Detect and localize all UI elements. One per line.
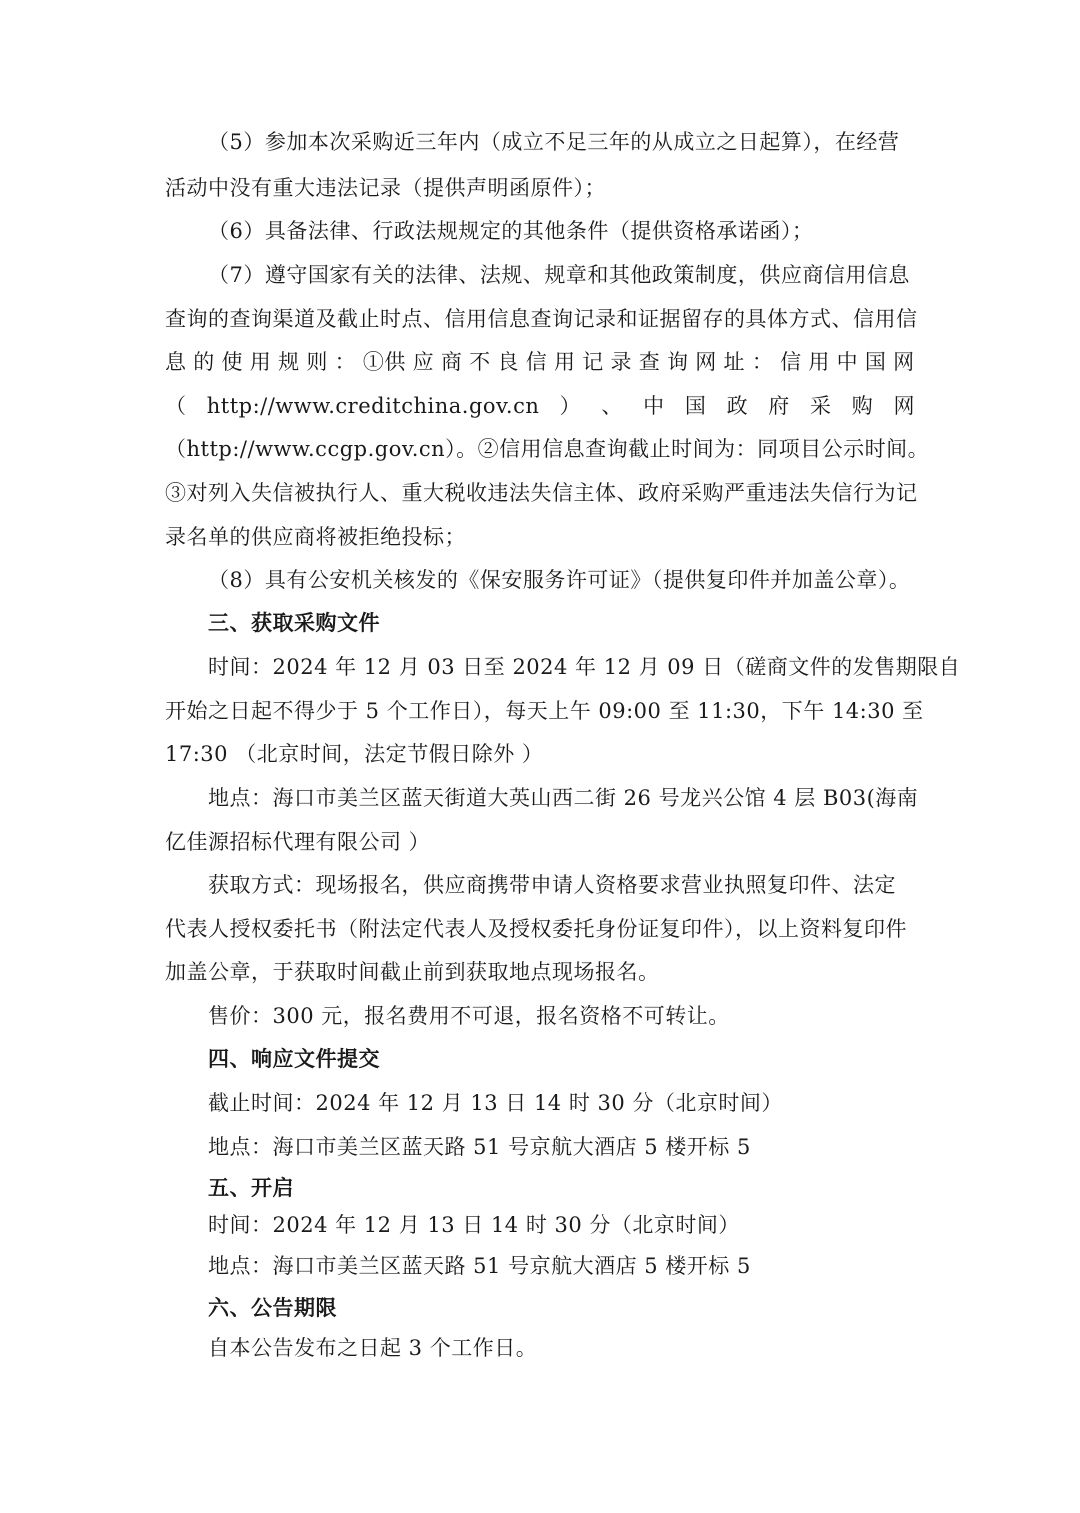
text-fragment: 国 [685,392,707,420]
section3-time-line1: 时间：2024 年 12 月 03 日至 2024 年 12 月 09 日（磋商… [208,653,915,681]
text-fragment: 不 [469,348,491,376]
text-fragment: 询 [667,348,689,376]
text-fragment: 府 [768,392,790,420]
text-fragment: ： [335,348,357,376]
item7-line3: 息 的 使 用 规 则 ： ①供 应 商 不 良 信 用 记 录 查 询 网 址… [165,348,915,376]
section3-method-line2: 代表人授权委托书（附法定代表人及授权委托身份证复印件），以上资料复印件 [165,915,915,943]
section3-time-line3: 17:30 （北京时间，法定节假日除外 ） [165,740,915,768]
item7-line6: ③对列入失信被执行人、重大税收违法失信主体、政府采购严重违法失信行为记 [165,479,915,507]
section3-method-line1: 获取方式：现场报名，供应商携带申请人资格要求营业执照复印件、法定 [208,871,915,899]
text-fragment: 信 [526,348,548,376]
text-fragment: 录 [610,348,632,376]
text-fragment: 良 [497,348,519,376]
item5-line2: 活动中没有重大违法记录（提供声明函原件）； [165,174,915,202]
text-fragment: 信 [780,348,802,376]
text-fragment: 中 [837,348,859,376]
section4-deadline: 截止时间：2024 年 12 月 13 日 14 时 30 分（北京时间） [208,1089,915,1117]
section5-location: 地点：海口市美兰区蓝天路 51 号京航大酒店 5 楼开标 5 [208,1252,915,1280]
section3-method-line3: 加盖公章，于获取时间截止前到获取地点现场报名。 [165,958,915,986]
section3-heading: 三、获取采购文件 [208,609,958,637]
text-fragment: 采 [810,392,832,420]
text-fragment: 购 [852,392,874,420]
text-fragment: 网 [695,348,717,376]
text-fragment: 、 [601,392,623,420]
text-fragment: 政 [727,392,749,420]
section3-location-line1: 地点：海口市美兰区蓝天街道大英山西二街 26 号龙兴公馆 4 层 B03(海南 [208,784,915,812]
item8-line1: （8）具有公安机关核发的《保安服务许可证》（提供复印件并加盖公章）。 [208,566,915,594]
text-fragment: 国 [865,348,887,376]
text-fragment: ①供 [363,348,406,376]
section4-heading: 四、响应文件提交 [208,1045,958,1073]
item7-line2: 查询的查询渠道及截止时点、信用信息查询记录和证据留存的具体方式、信用信 [165,305,915,333]
item7-line5: （http://www.ccgp.gov.cn）。②信用信息查询截止时间为：同项… [165,435,915,463]
document-page: （5）参加本次采购近三年内（成立不足三年的从成立之日起算），在经营 活动中没有重… [0,0,1080,1513]
section5-time: 时间：2024 年 12 月 13 日 14 时 30 分（北京时间） [208,1211,915,1239]
text-fragment: 用 [554,348,576,376]
text-fragment: ） [560,392,582,420]
text-fragment: 查 [639,348,661,376]
text-fragment: 应 [413,348,435,376]
section3-price: 售价：300 元，报名费用不可退，报名资格不可转让。 [208,1002,915,1030]
text-fragment: 网 [893,348,915,376]
text-fragment: 使 [222,348,244,376]
text-fragment: （ [165,392,187,420]
text-fragment: 规 [278,348,300,376]
item5-line1: （5）参加本次采购近三年内（成立不足三年的从成立之日起算），在经营 [208,128,915,156]
section3-location-line2: 亿佳源招标代理有限公司 ） [165,828,915,856]
item7-line7: 录名单的供应商将被拒绝投标； [165,523,915,551]
creditchina-url: http://www.creditchina.gov.cn [207,392,540,420]
text-fragment: 记 [582,348,604,376]
text-fragment: ： [752,348,774,376]
item7-line4: （ http://www.creditchina.gov.cn ） 、 中 国 … [165,392,915,420]
item7-line1: （7）遵守国家有关的法律、法规、规章和其他政策制度，供应商信用信息 [208,261,915,289]
item6-line1: （6）具备法律、行政法规规定的其他条件（提供资格承诺函）； [208,217,915,245]
text-fragment: 商 [441,348,463,376]
section6-text: 自本公告发布之日起 3 个工作日。 [208,1334,915,1362]
text-fragment: 址 [724,348,746,376]
text-fragment: 用 [808,348,830,376]
section4-location: 地点：海口市美兰区蓝天路 51 号京航大酒店 5 楼开标 5 [208,1133,915,1161]
section6-heading: 六、公告期限 [208,1294,958,1322]
text-fragment: 中 [643,392,665,420]
text-fragment: 网 [894,392,916,420]
text-fragment: 的 [193,348,215,376]
text-fragment: 用 [250,348,272,376]
section5-heading: 五、开启 [208,1174,958,1202]
text-fragment: 则 [306,348,328,376]
text-fragment: 息 [165,348,187,376]
section3-time-line2: 开始之日起不得少于 5 个工作日），每天上午 09:00 至 11:30，下午 … [165,697,915,725]
